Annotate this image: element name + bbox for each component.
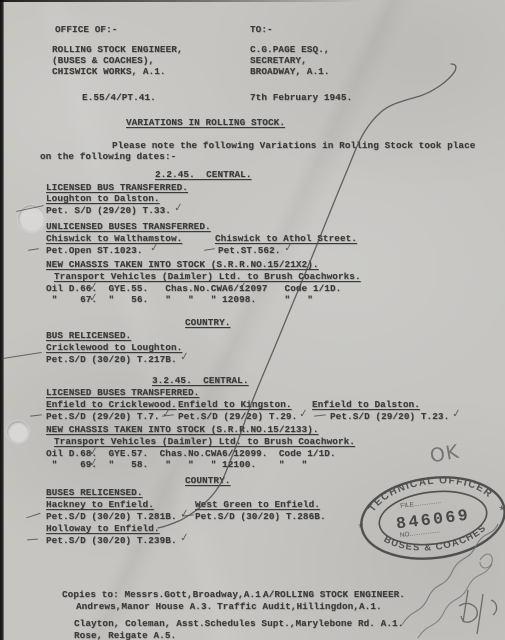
pet-line: Pet. S/D (29/20) T.33.	[46, 205, 171, 216]
scan-edge-left	[0, 0, 4, 640]
chassis-data-row: " 69. " 58. " " " 12100. " "	[46, 459, 307, 470]
technical-officer-stamp: TECHNICAL OFFICER BUSES & COACHES FILE..…	[346, 457, 505, 580]
route-line: West Green to Enfield.	[195, 499, 320, 510]
pet-line: Pet.S/D (29/20) T.29.	[178, 411, 297, 422]
copies-line: Rose, Reigate A.5.	[74, 630, 176, 640]
check-mark: ✓	[298, 406, 309, 420]
intro-line: on the following dates:-	[40, 151, 176, 162]
stamp-star-left: *	[358, 520, 365, 536]
check-mark: ✓	[237, 279, 248, 293]
from-address-line: CHISWICK WORKS, A.1.	[52, 66, 166, 77]
route-line: Enfield to Cricklewood.	[46, 399, 177, 410]
bus-relicensed-heading: BUS RELICENSED.	[46, 330, 131, 341]
check-mark: ✓	[161, 406, 172, 420]
margin-tick	[204, 248, 215, 251]
route-line: Chiswick to Walthamstow.	[46, 233, 182, 244]
licensed-bus-transferred-heading: LICENSED BUS TRANSFERRED.	[46, 182, 188, 193]
copies-line: Traffic Audit,Hillingdon,A.1.	[217, 601, 382, 612]
route-line: Cricklewood to Loughton.	[46, 342, 182, 353]
pet-line: Pet.S/D (30/20) T.281B.	[46, 511, 177, 522]
check-mark: ✓	[179, 530, 190, 544]
pet-line: Pet.S/D (30/20) T.239B.	[46, 535, 177, 546]
licensed-buses-transferred-heading: LICENSED BUSES TRANSFERRED.	[46, 387, 199, 398]
section-heading-date: 3.2.45. CENTRAL.	[152, 375, 249, 386]
check-mark: ✓	[179, 506, 190, 520]
pet-line: Pet.Open ST.1023.	[46, 245, 143, 256]
check-mark: ✓	[88, 290, 99, 304]
to-address-line: SECRETARY,	[250, 55, 307, 66]
copies-line: Copies to: Messrs.Gott,Broadway,A.1.	[62, 589, 266, 600]
pet-line: Pet.ST.562.	[218, 245, 280, 256]
from-address-line: (BUSES & COACHES),	[52, 55, 154, 66]
country-heading: COUNTRY.	[185, 317, 230, 328]
check-mark: ✓	[451, 406, 462, 420]
pet-line: Pet.S/D (29/20) T.7.	[46, 411, 160, 422]
route-line: Loughton to Dalston.	[46, 193, 160, 204]
copies-line: A/ROLLING STOCK ENGINEER.	[263, 589, 405, 600]
route-line: Enfield to Kingston.	[178, 399, 292, 410]
intro-line: Please note the following Variations in …	[112, 140, 475, 151]
route-line: Hackney to Enfield.	[46, 499, 154, 510]
document-date: 7th February 1945.	[250, 92, 352, 103]
new-chassis-heading: NEW CHASSIS TAKEN INTO STOCK (S.R.R.NO.1…	[46, 259, 319, 270]
chassis-firm-line: Transport Vehicles (Daimler) Ltd. to Bru…	[54, 271, 361, 282]
to-address-line: BROADWAY, A.1.	[250, 66, 330, 77]
section-heading-date: 2.2.45. CENTRAL.	[155, 169, 252, 180]
reference-number: E.55/4/PT.41.	[82, 92, 156, 103]
country-heading: COUNTRY.	[185, 475, 230, 486]
to-address-line: C.G.PAGE ESQ.,	[250, 44, 330, 55]
new-chassis-heading: NEW CHASSIS TAKEN INTO STOCK (S.R.R.NO.1…	[46, 424, 319, 435]
route-line: Enfield to Dalston.	[312, 399, 420, 410]
document-page: OFFICE OF:- TO:- ROLLING STOCK ENGINEER,…	[0, 0, 505, 640]
unlicensed-buses-transferred-heading: UNLICENSED BUSES TRANSFERRED.	[46, 221, 211, 232]
check-mark: ✓	[149, 240, 160, 254]
check-mark: ✓	[283, 240, 294, 254]
document-title: VARIATIONS IN ROLLING STOCK.	[126, 117, 285, 128]
copies-line: Clayton, Coleman, Asst.Schedules Supt.,M…	[74, 618, 403, 629]
pet-line: Pet.S/D (30/20) T.286B.	[195, 511, 326, 522]
chassis-data-row: " 67. " 56. " " " 12098. " "	[46, 294, 313, 305]
route-line: Holloway to Enfield.	[46, 523, 160, 534]
margin-tick	[2, 352, 42, 360]
to-label: TO:-	[250, 24, 273, 35]
margin-tick	[28, 248, 39, 251]
check-mark: ✓	[179, 349, 190, 363]
office-of-label: OFFICE OF:-	[55, 24, 117, 35]
margin-tick	[314, 414, 326, 417]
pet-line: Pet.S/D (30/20) T.217B.	[46, 354, 177, 365]
scan-edge-top	[0, 0, 505, 2]
margin-tick	[27, 539, 38, 541]
stamp-file-label: FILE...............	[400, 498, 442, 510]
corner-scribble	[418, 564, 492, 638]
margin-tick	[30, 414, 42, 417]
stamp-star-right: *	[499, 502, 505, 518]
buses-relicensed-heading: BUSES RELICENSED.	[46, 487, 143, 498]
from-address-line: ROLLING STOCK ENGINEER,	[52, 44, 183, 55]
check-mark: ✓	[88, 455, 99, 469]
corner-doodle	[459, 590, 497, 634]
copies-line: Andrews,Manor House A.3.	[76, 601, 212, 612]
hole-punch-bottom	[7, 421, 29, 443]
check-mark: ✓	[173, 200, 184, 214]
chassis-firm-line: Transport Vehicles (Daimler) Ltd. to Bru…	[54, 436, 355, 447]
margin-tick	[26, 513, 41, 519]
pet-line: Pet.S/D (29/20) T.23.	[330, 411, 449, 422]
